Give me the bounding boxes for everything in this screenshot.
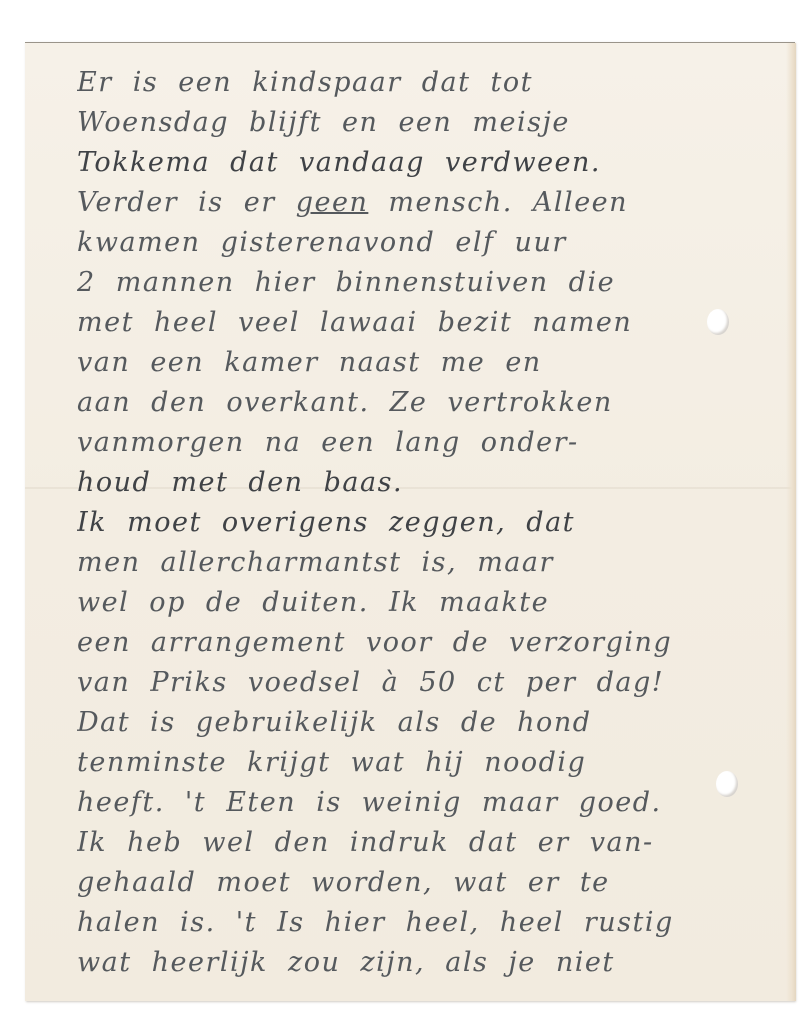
text-line-4: Verder is er geen mensch. Alleen (77, 183, 775, 223)
text-line-15: een arrangement voor de verzorging (77, 623, 775, 663)
text-line-3: Tokkema dat vandaag verdween. (77, 143, 775, 183)
text-line-22: halen is. 't Is hier heel, heel rustig (77, 903, 775, 943)
text-line-20: Ik heb wel den indruk dat er van- (77, 823, 775, 863)
punch-hole-bottom (716, 771, 738, 797)
text-line-19: heeft. 't Eten is weinig maar goed. (77, 783, 775, 823)
text-line-10: vanmorgen na een lang onder- (77, 423, 775, 463)
letter-page: Er is een kindspaar dat tot Woensdag bli… (25, 42, 795, 1001)
text-line-2: Woensdag blijft en een meisje (77, 103, 775, 143)
text-line-13: men allercharmantst is, maar (77, 543, 775, 583)
text-line-17: Dat is gebruikelijk als de hond (77, 703, 775, 743)
text-line-14: wel op de duiten. Ik maakte (77, 583, 775, 623)
text-line-23: wat heerlijk zou zijn, als je niet (77, 943, 775, 983)
text-line-18: tenminste krijgt wat hij noodig (77, 743, 775, 783)
text-line-6: 2 mannen hier binnenstuiven die (77, 263, 775, 303)
text-line-11: houd met den baas. (77, 463, 775, 503)
text-line-5: kwamen gisterenavond elf uur (77, 223, 775, 263)
text-line-16: van Priks voedsel à 50 ct per dag! (77, 663, 775, 703)
text-line-1: Er is een kindspaar dat tot (77, 63, 775, 103)
handwritten-text-block: Er is een kindspaar dat tot Woensdag bli… (77, 63, 775, 983)
text-line-9: aan den overkant. Ze vertrokken (77, 383, 775, 423)
text-line-4-part-a: Verder is er (77, 187, 296, 218)
text-line-12: Ik moet overigens zeggen, dat (77, 503, 775, 543)
text-line-7: met heel veel lawaai bezit namen (77, 303, 775, 343)
text-line-21: gehaald moet worden, wat er te (77, 863, 775, 903)
punch-hole-top (707, 309, 729, 335)
text-line-4-part-b: mensch. Alleen (368, 187, 628, 218)
underlined-word: geen (296, 187, 369, 218)
text-line-8: van een kamer naast me en (77, 343, 775, 383)
